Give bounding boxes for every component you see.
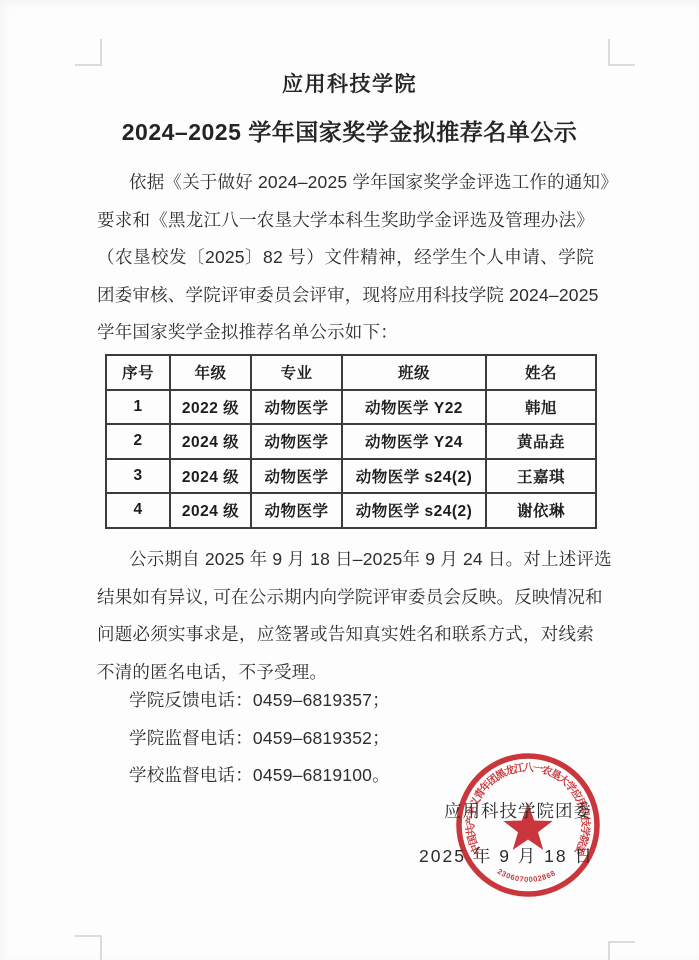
- table-header-row: 序号 年级 专业 班级 姓名: [106, 355, 596, 390]
- body-line: （农垦校发〔2025〕82 号）文件精神，经学生个人申请、学院: [97, 239, 594, 277]
- document-page: 应用科技学院 2024–2025 学年国家奖学金拟推荐名单公示 依据《关于做好 …: [0, 0, 699, 960]
- cell-class: 动物医学 Y24: [342, 424, 486, 459]
- header-name: 姓名: [486, 355, 596, 390]
- header-major: 专业: [251, 355, 342, 390]
- cell-class: 动物医学 s24(2): [342, 493, 486, 528]
- body-line: 结果如有异议, 可在公示期内向学院评审委员会反映。反映情况和: [97, 579, 594, 617]
- announcement-title: 2024–2025 学年国家奖学金拟推荐名单公示: [0, 114, 699, 147]
- body-line: 要求和《黑龙江八一农垦大学本科生奖助学金评选及管理办法》: [97, 202, 594, 240]
- cell-major: 动物医学: [251, 424, 342, 459]
- body-line: 依据《关于做好 2024–2025 学年国家奖学金评选工作的通知》: [97, 164, 594, 202]
- cell-class: 动物医学 Y22: [342, 390, 486, 425]
- body-line: 问题必须实事求是，应签署或告知真实姓名和联系方式，对线索: [97, 616, 594, 654]
- cell-major: 动物医学: [251, 459, 342, 494]
- cell-name: 谢依琳: [486, 493, 596, 528]
- paragraph-basis: 依据《关于做好 2024–2025 学年国家奖学金评选工作的通知》 要求和《黑龙…: [97, 164, 594, 352]
- table-row: 2 2024 级 动物医学 动物医学 Y24 黄品垚: [106, 424, 596, 459]
- page-corner-mark-top-left: [75, 39, 102, 66]
- cell-name: 王嘉琪: [486, 459, 596, 494]
- scholarship-candidates-table: 序号 年级 专业 班级 姓名 1 2022 级 动物医学 动物医学 Y22 韩旭…: [105, 354, 597, 529]
- page-corner-mark-bottom-right: [608, 941, 635, 960]
- cell-seq: 1: [106, 390, 170, 425]
- page-corner-mark-bottom-left: [75, 935, 102, 960]
- cell-grade: 2024 级: [170, 459, 251, 494]
- body-line: 学年国家奖学金拟推荐名单公示如下：: [97, 314, 594, 352]
- cell-major: 动物医学: [251, 493, 342, 528]
- cell-grade: 2024 级: [170, 424, 251, 459]
- cell-seq: 3: [106, 459, 170, 494]
- issue-date: 2025 年 9 月 18 日: [97, 838, 594, 876]
- body-line: 团委审核、学院评审委员会评审，现将应用科技学院 2024–2025: [97, 277, 594, 315]
- cell-seq: 2: [106, 424, 170, 459]
- cell-name: 韩旭: [486, 390, 596, 425]
- cell-grade: 2022 级: [170, 390, 251, 425]
- page-corner-mark-top-right: [608, 39, 635, 66]
- cell-major: 动物医学: [251, 390, 342, 425]
- table-row: 1 2022 级 动物医学 动物医学 Y22 韩旭: [106, 390, 596, 425]
- college-title: 应用科技学院: [0, 68, 699, 98]
- body-line: 公示期自 2025 年 9 月 18 日–2025年 9 月 24 日。对上述评…: [97, 541, 594, 579]
- header-class: 班级: [342, 355, 486, 390]
- table-row: 4 2024 级 动物医学 动物医学 s24(2) 谢依琳: [106, 493, 596, 528]
- cell-grade: 2024 级: [170, 493, 251, 528]
- cell-class: 动物医学 s24(2): [342, 459, 486, 494]
- header-grade: 年级: [170, 355, 251, 390]
- issuer-signature: 应用科技学院团委: [97, 793, 592, 831]
- cell-seq: 4: [106, 493, 170, 528]
- header-seq: 序号: [106, 355, 170, 390]
- feedback-phone-line: 学院反馈电话：0459–6819357；: [97, 682, 594, 720]
- table-row: 3 2024 级 动物医学 动物医学 s24(2) 王嘉琪: [106, 459, 596, 494]
- cell-name: 黄品垚: [486, 424, 596, 459]
- paragraph-objection: 公示期自 2025 年 9 月 18 日–2025年 9 月 24 日。对上述评…: [97, 541, 594, 691]
